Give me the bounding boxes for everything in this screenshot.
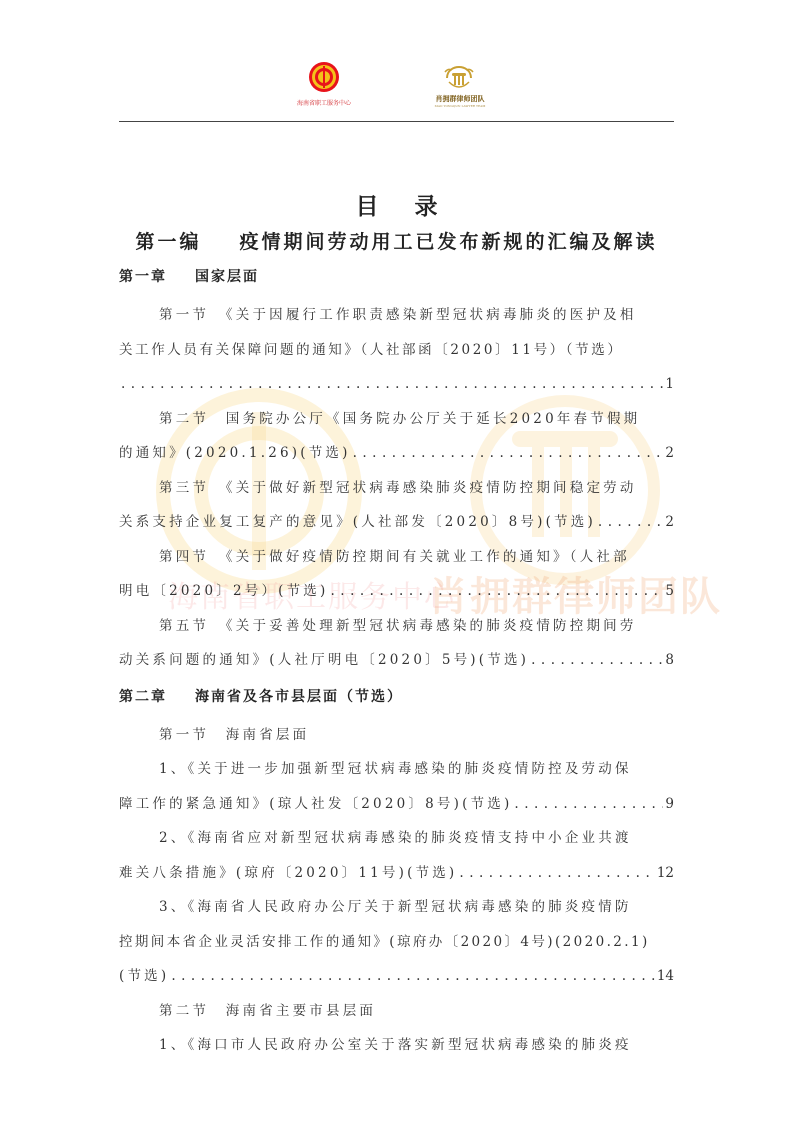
chapter-heading-1: 第一章国家层面 bbox=[119, 260, 674, 298]
entry-line: 第二节 国务院办公厅《国务院办公厅关于延长2020年春节假期 bbox=[119, 402, 674, 437]
page-header: 海南省职工服务中心 肖拥群律师团队 XIAO YONGQUN LAWYER TE… bbox=[0, 0, 793, 124]
page-number: 2 bbox=[665, 436, 674, 471]
toc-entry[interactable]: 第二节 国务院办公厅《国务院办公厅关于延长2020年春节假期 的通知》(2020… bbox=[119, 402, 674, 471]
entry-line: 难关八条措施》(琼府〔2020〕11号)(节选) bbox=[119, 856, 457, 891]
toc-entry[interactable]: 1、《海口市人民政府办公室关于落实新型冠状病毒感染的肺炎疫 bbox=[119, 1028, 674, 1063]
entry-line: 2、《海南省应对新型冠状病毒感染的肺炎疫情支持中小企业共渡 bbox=[119, 821, 674, 856]
part-title: 疫情期间劳动用工已发布新规的汇编及解读 bbox=[240, 231, 658, 253]
chapter-label: 第一章 bbox=[119, 269, 167, 285]
entry-leader: 关系支持企业复工复产的意见》(人社部发〔2020〕8号)(节选) .......… bbox=[119, 505, 674, 540]
part-heading: 第一编疫情期间劳动用工已发布新规的汇编及解读 bbox=[119, 224, 674, 260]
toc-title: 目 录 bbox=[133, 190, 674, 224]
section-heading[interactable]: 第一节 海南省层面 bbox=[119, 718, 674, 753]
dot-leader: ........................................… bbox=[121, 367, 663, 402]
workers-service-center-logo: 海南省职工服务中心 bbox=[300, 62, 348, 112]
entry-line: 明电〔2020〕2号）(节选) bbox=[119, 574, 328, 609]
toc-entry[interactable]: 第五节 《关于妥善处理新型冠状病毒感染的肺炎疫情防控期间劳 动关系问题的通知》(… bbox=[119, 609, 674, 678]
toc-entry[interactable]: 2、《海南省应对新型冠状病毒感染的肺炎疫情支持中小企业共渡 难关八条措施》(琼府… bbox=[119, 821, 674, 890]
toc-entry[interactable]: 第一节 《关于因履行工作职责感染新型冠状病毒肺炎的医护及相 关工作人员有关保障问… bbox=[119, 298, 674, 402]
toc-entry[interactable]: 第四节 《关于做好疫情防控期间有关就业工作的通知》（人社部 明电〔2020〕2号… bbox=[119, 540, 674, 609]
entry-line: 的通知》(2020.1.26)(节选) bbox=[119, 436, 351, 471]
entry-leader: 难关八条措施》(琼府〔2020〕11号)(节选) ...............… bbox=[119, 856, 674, 891]
entry-leader: 障工作的紧急通知》(琼人社发〔2020〕8号)(节选) ............… bbox=[119, 787, 674, 822]
entry-line: 关工作人员有关保障问题的通知》（人社部函〔2020〕11号）（节选） bbox=[119, 333, 674, 368]
entry-leader: 明电〔2020〕2号）(节选) ........................… bbox=[119, 574, 674, 609]
dot-leader: ........................................… bbox=[459, 856, 654, 891]
toc-entry[interactable]: 3、《海南省人民政府办公厅关于新型冠状病毒感染的肺炎疫情防 控期间本省企业灵活安… bbox=[119, 890, 674, 994]
logo-right-caption: 肖拥群律师团队 bbox=[428, 94, 492, 104]
logo-left-caption: 海南省职工服务中心 bbox=[294, 98, 354, 107]
dot-leader: ........................................… bbox=[514, 787, 663, 822]
entry-line: 第四节 《关于做好疫情防控期间有关就业工作的通知》（人社部 bbox=[119, 540, 674, 575]
dot-leader: ........................................… bbox=[171, 959, 654, 994]
chapter-title: 国家层面 bbox=[195, 269, 259, 285]
dot-leader: ........................................… bbox=[531, 643, 663, 678]
page-number: 9 bbox=[665, 787, 674, 822]
part-label: 第一编 bbox=[135, 231, 201, 253]
entry-line: 1、《关于进一步加强新型冠状病毒感染的肺炎疫情防控及劳动保 bbox=[119, 752, 674, 787]
entry-line: 控期间本省企业灵活安排工作的通知》(琼府办〔2020〕4号)(2020.2.1) bbox=[119, 925, 674, 960]
dot-leader: ........................................… bbox=[330, 574, 663, 609]
entry-leader: 的通知》(2020.1.26)(节选) ....................… bbox=[119, 436, 674, 471]
entry-line: 第一节 《关于因履行工作职责感染新型冠状病毒肺炎的医护及相 bbox=[119, 298, 674, 333]
page-number: 1 bbox=[665, 367, 674, 402]
entry-line: (节选) bbox=[119, 959, 169, 994]
chapter-title: 海南省及各市县层面（节选） bbox=[195, 689, 403, 705]
entry-line: 障工作的紧急通知》(琼人社发〔2020〕8号)(节选) bbox=[119, 787, 512, 822]
page-number: 8 bbox=[665, 643, 674, 678]
page-number: 14 bbox=[657, 959, 674, 994]
entry-leader: 动关系问题的通知》(人社厅明电〔2020〕5号)(节选) ...........… bbox=[119, 643, 674, 678]
pillar-emblem-icon bbox=[444, 66, 474, 92]
header-divider bbox=[119, 121, 674, 122]
law-team-logo: 肖拥群律师团队 XIAO YONGQUN LAWYER TEAM bbox=[428, 62, 492, 112]
logo-right-subcaption: XIAO YONGQUN LAWYER TEAM bbox=[430, 104, 490, 108]
entry-leader: (节选) ...................................… bbox=[119, 959, 674, 994]
page-number: 5 bbox=[665, 574, 674, 609]
entry-line: 第五节 《关于妥善处理新型冠状病毒感染的肺炎疫情防控期间劳 bbox=[119, 609, 674, 644]
entry-line: 第三节 《关于做好新型冠状病毒感染肺炎疫情防控期间稳定劳动 bbox=[119, 471, 674, 506]
entry-line: 1、《海口市人民政府办公室关于落实新型冠状病毒感染的肺炎疫 bbox=[119, 1028, 674, 1063]
page-number: 12 bbox=[657, 856, 674, 891]
page-number: 2 bbox=[665, 505, 674, 540]
entry-line: 动关系问题的通知》(人社厅明电〔2020〕5号)(节选) bbox=[119, 643, 529, 678]
toc-entry[interactable]: 1、《关于进一步加强新型冠状病毒感染的肺炎疫情防控及劳动保 障工作的紧急通知》(… bbox=[119, 752, 674, 821]
section-heading[interactable]: 第二节 海南省主要市县层面 bbox=[119, 994, 674, 1029]
chapter-label: 第二章 bbox=[119, 689, 167, 705]
entry-line: 关系支持企业复工复产的意见》(人社部发〔2020〕8号)(节选) bbox=[119, 505, 596, 540]
table-of-contents: 目 录 第一编疫情期间劳动用工已发布新规的汇编及解读 第一章国家层面 第一节 《… bbox=[119, 190, 674, 1063]
entry-line: 3、《海南省人民政府办公厅关于新型冠状病毒感染的肺炎疫情防 bbox=[119, 890, 674, 925]
dot-leader: ........................................… bbox=[353, 436, 664, 471]
toc-entry[interactable]: 第三节 《关于做好新型冠状病毒感染肺炎疫情防控期间稳定劳动 关系支持企业复工复产… bbox=[119, 471, 674, 540]
chapter-heading-2: 第二章海南省及各市县层面（节选） bbox=[119, 680, 674, 718]
dot-leader: ........................................… bbox=[598, 505, 663, 540]
union-emblem-icon bbox=[309, 62, 339, 92]
entry-leader: ........................................… bbox=[119, 367, 674, 402]
